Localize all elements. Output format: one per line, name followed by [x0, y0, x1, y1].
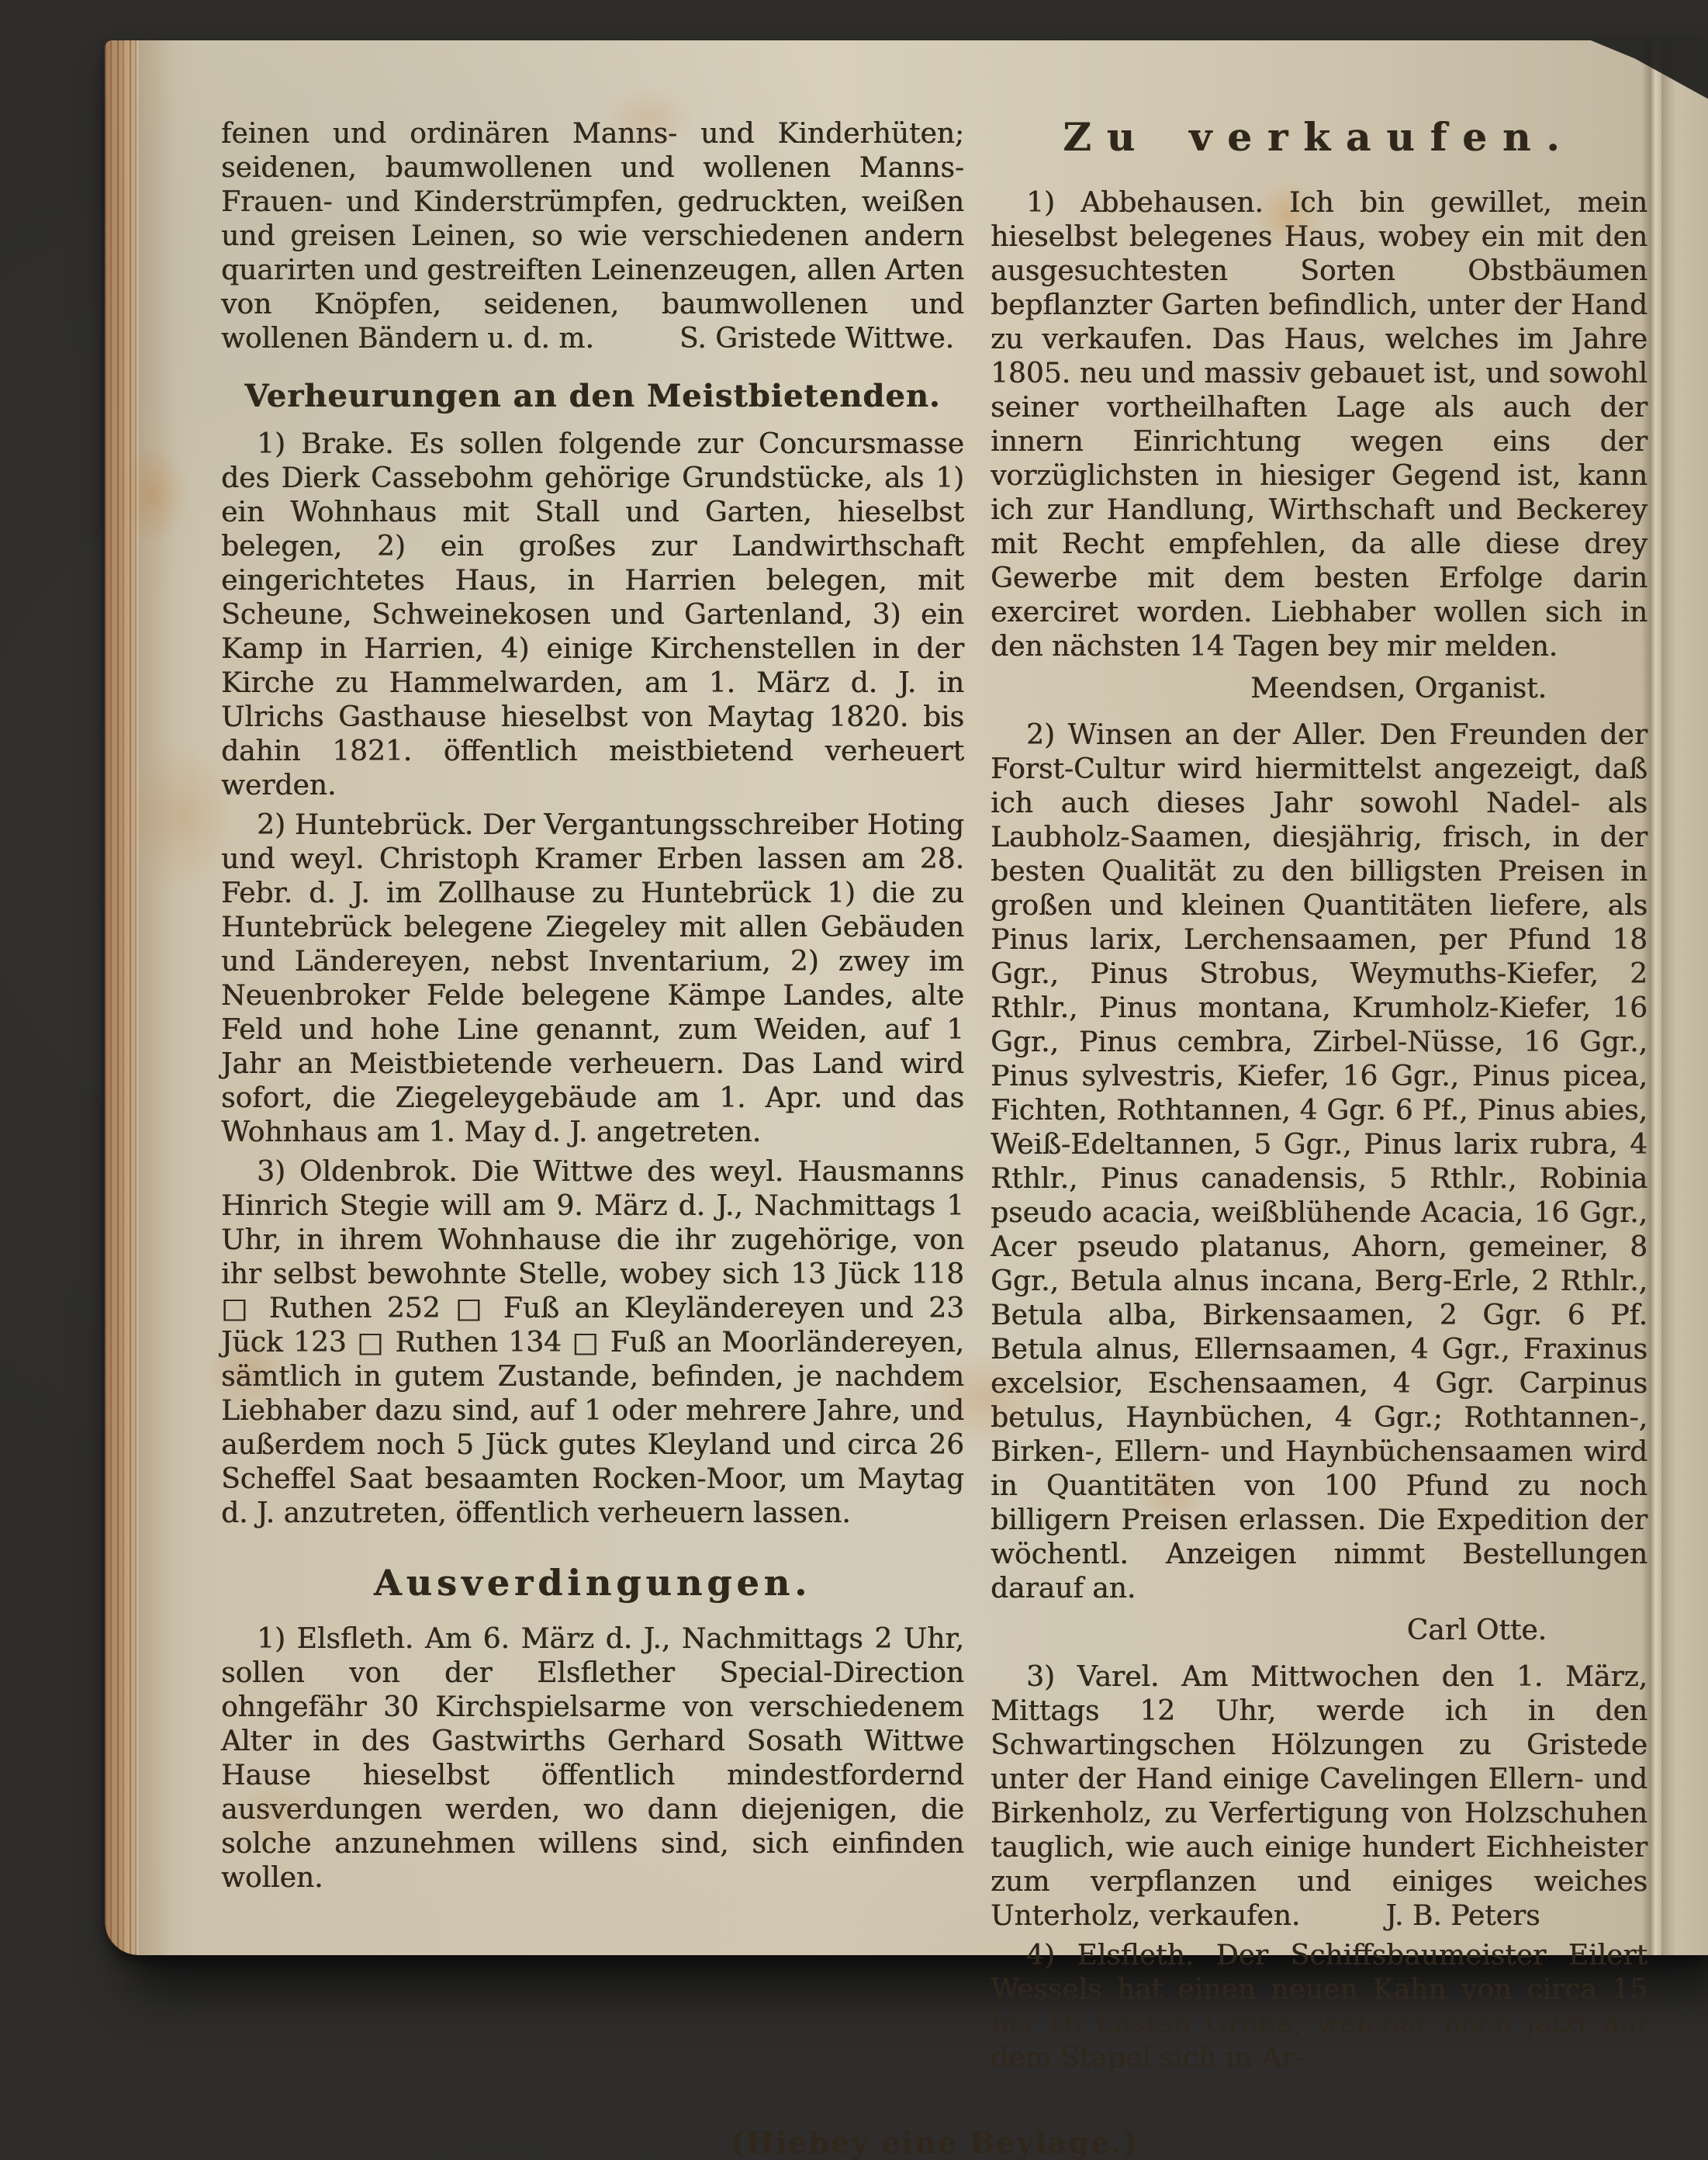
paragraph-text: Verheurungen an den Meistbietenden. — [244, 378, 940, 414]
paragraph-text: 3) Oldenbrok. Die Wittwe des weyl. Hausm… — [221, 1156, 964, 1529]
newspaper-page-scan: feinen und ordinären Manns- und Kinderhü… — [105, 40, 1708, 1955]
right-column: Zu verkaufen.1) Abbehausen. Ich bin gewi… — [991, 112, 1647, 2041]
adjacent-page-edge — [1661, 40, 1708, 1955]
advert-paragraph: 4) Elsfleth. Der Schiffsbaumeister Eiler… — [991, 1939, 1647, 2041]
paragraph-text: 4) Elsfleth. Der Schiffsbaumeister Eiler… — [991, 1940, 1647, 2041]
advert-paragraph: 1) Abbehausen. Ich bin gewillet, mein hi… — [991, 186, 1647, 664]
paragraph-text: 1) Abbehausen. Ich bin gewillet, mein hi… — [991, 187, 1647, 663]
page-binding-edge-fade — [139, 40, 175, 1955]
paragraph-text: Meendsen, Organist. — [1250, 673, 1547, 704]
paragraph-text: Zu verkaufen. — [1063, 114, 1575, 160]
signature-inline: J. B. Peters — [1300, 1900, 1540, 1932]
advert-paragraph: 3) Varel. Am Mittwochen den 1. März, Mit… — [991, 1660, 1647, 1933]
advert-paragraph: 1) Brake. Es sollen folgende zur Concurs… — [221, 427, 964, 803]
two-column-layout: feinen und ordinären Manns- und Kinderhü… — [221, 112, 1647, 2041]
left-column: feinen und ordinären Manns- und Kinderhü… — [221, 112, 964, 2041]
paragraph-text: 2) Winsen an der Aller. Den Freunden der… — [991, 719, 1647, 1604]
paragraph-text: feinen und ordinären Manns- und Kinderhü… — [221, 118, 964, 355]
paragraph-text: 2) Huntebrück. Der Vergantungsschreiber … — [221, 809, 964, 1148]
signature-line: Carl Otte. — [991, 1614, 1647, 1648]
section-heading: Verheurungen an den Meistbietenden. — [221, 378, 964, 415]
paragraph-text: 3) Varel. Am Mittwochen den 1. März, Mit… — [991, 1661, 1647, 1932]
section-heading: Ausverdingungen. — [221, 1562, 964, 1604]
advert-paragraph: 2) Huntebrück. Der Vergantungsschreiber … — [221, 808, 964, 1150]
page-binding-edge — [105, 40, 139, 1955]
paragraph-text: 1) Brake. Es sollen folgende zur Concurs… — [221, 428, 964, 801]
advert-paragraph: 1) Elsfleth. Am 6. März d. J., Nachmitta… — [221, 1622, 964, 1895]
paragraph-text: Carl Otte. — [1407, 1615, 1547, 1646]
signature-inline: S. Gristede Wittwe. — [594, 323, 954, 355]
section-heading: Zu verkaufen. — [991, 115, 1647, 160]
paragraph-text: Ausverdingungen. — [374, 1562, 811, 1604]
paragraph-text: 1) Elsfleth. Am 6. März d. J., Nachmitta… — [221, 1623, 964, 1894]
advert-paragraph: feinen und ordinären Manns- und Kinderhü… — [221, 117, 964, 356]
advert-paragraph: 2) Winsen an der Aller. Den Freunden der… — [991, 718, 1647, 1606]
signature-line: Meendsen, Organist. — [991, 672, 1647, 706]
page-content: feinen und ordinären Manns- und Kinderhü… — [221, 112, 1647, 1924]
advert-paragraph: 3) Oldenbrok. Die Wittwe des weyl. Hausm… — [221, 1155, 964, 1531]
